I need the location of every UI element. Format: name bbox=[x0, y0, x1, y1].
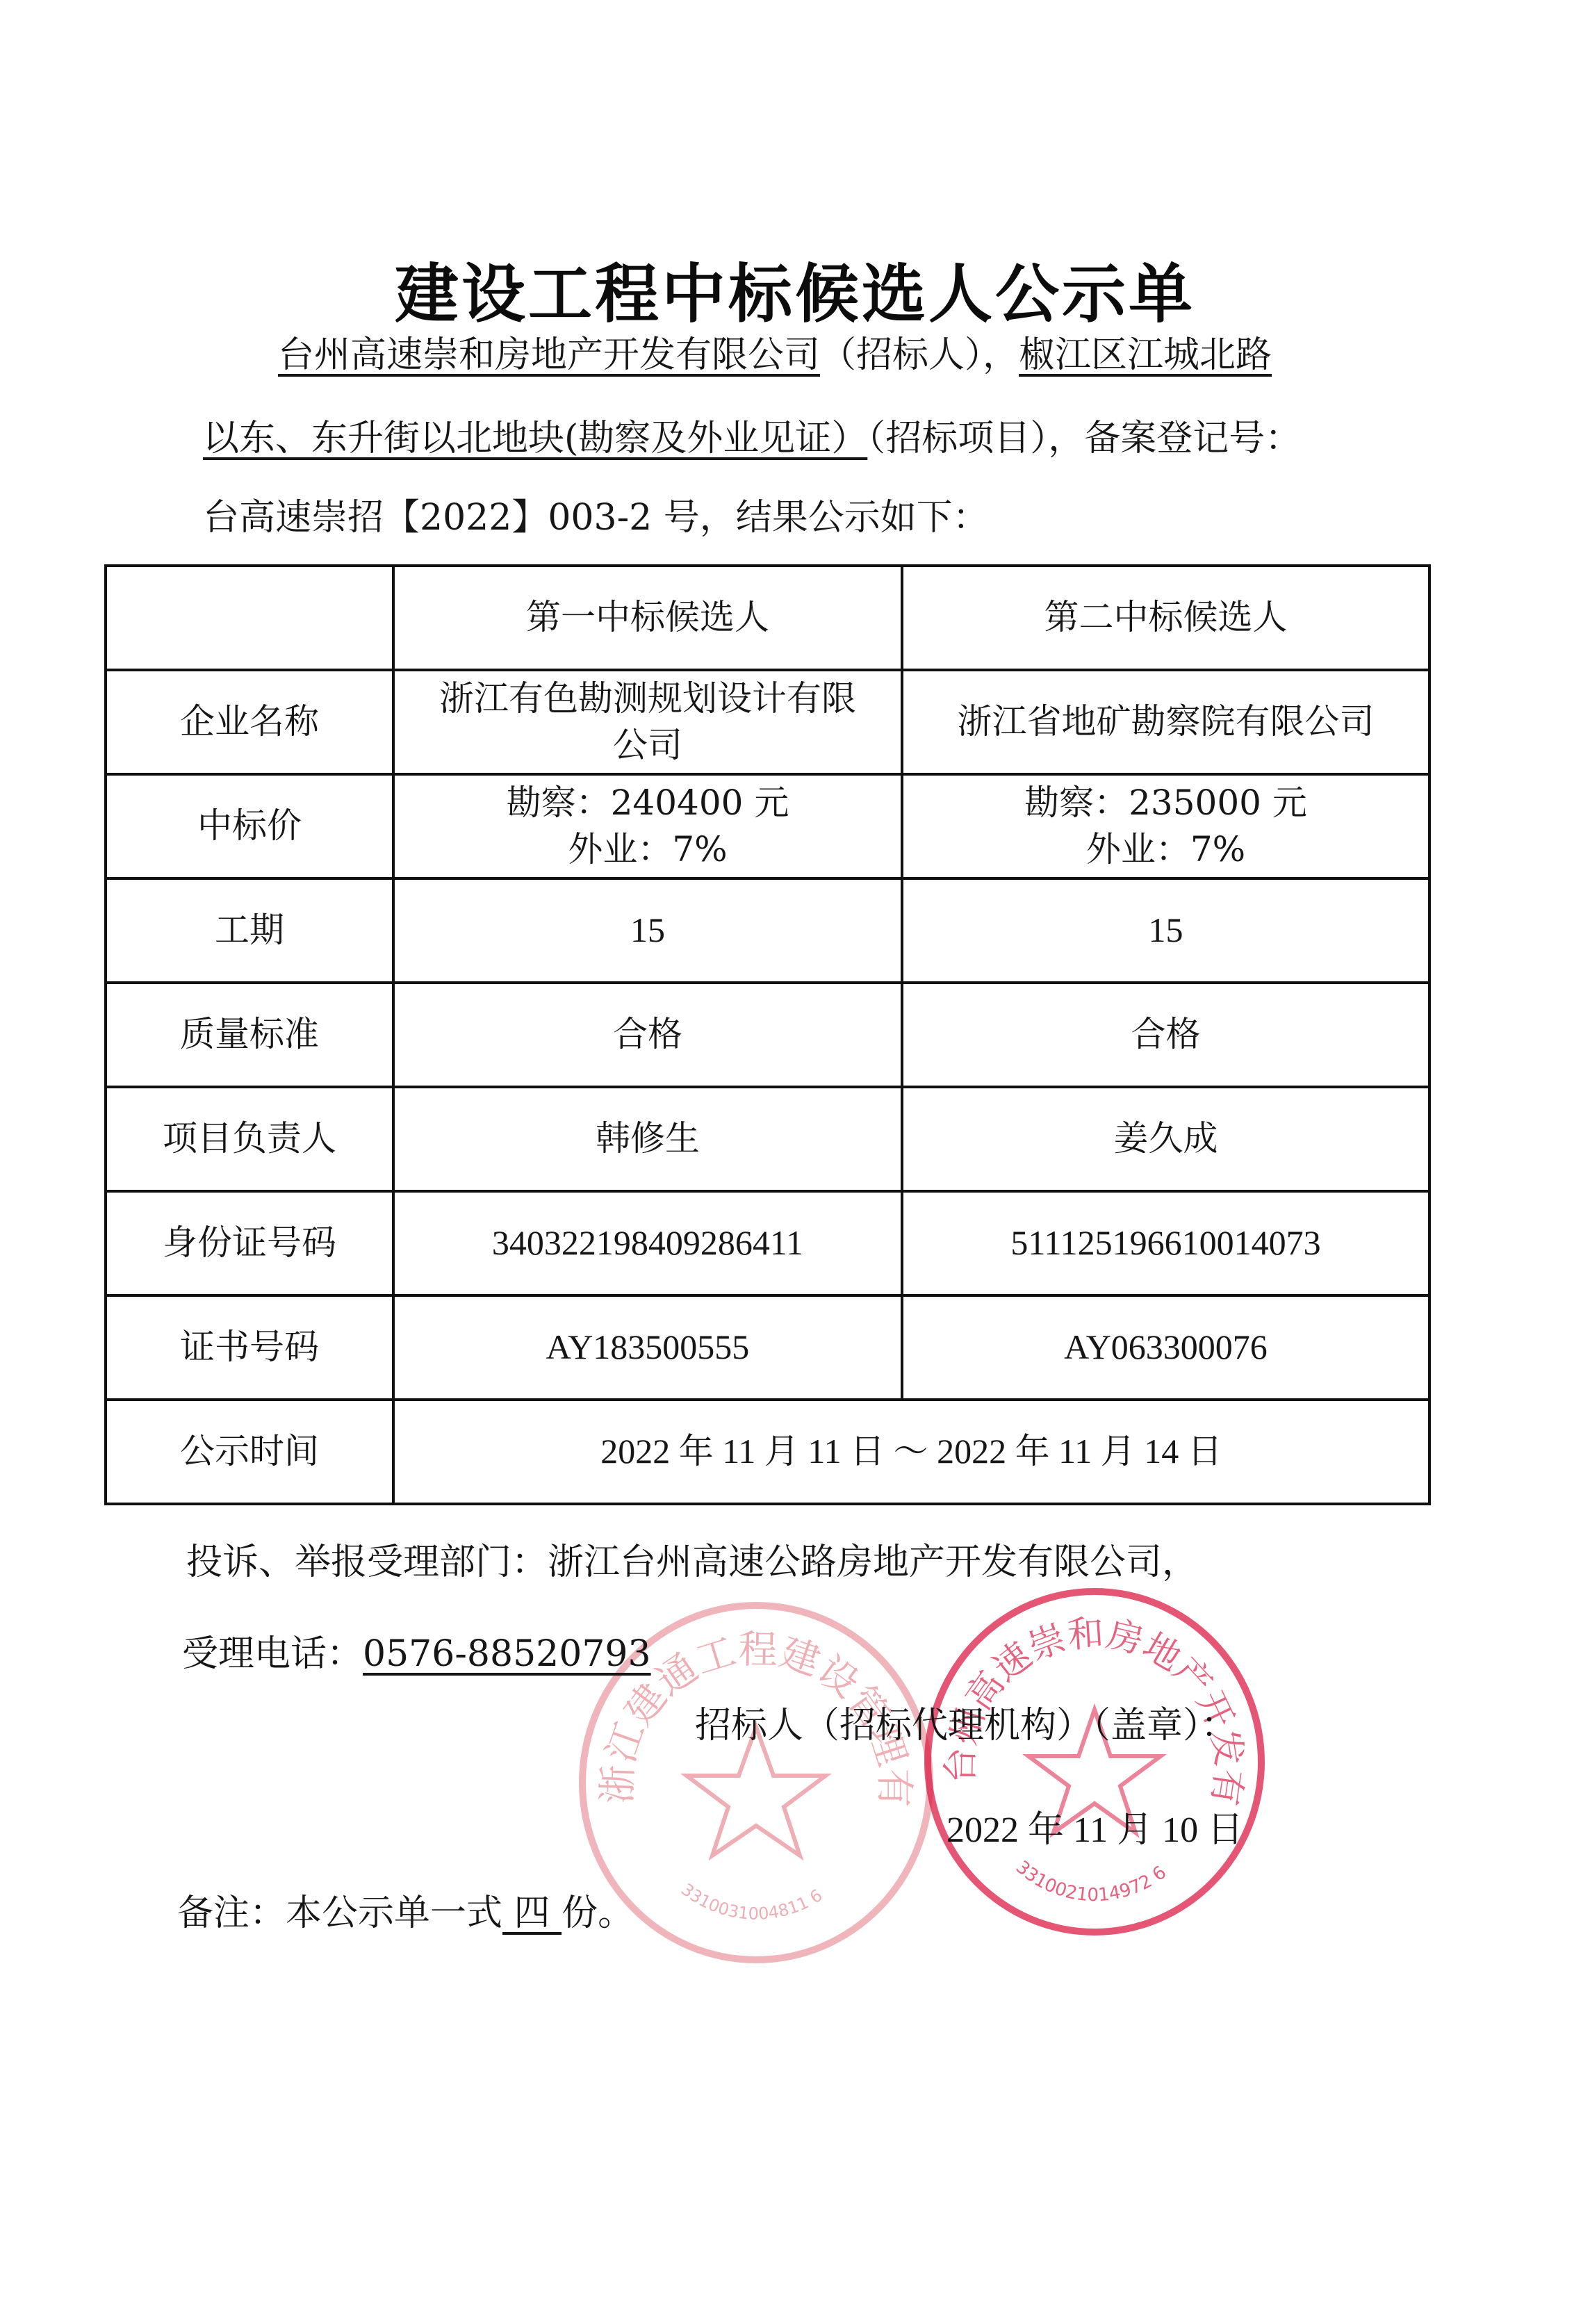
first-price-survey: 勘察：240400 元 bbox=[402, 780, 894, 827]
intro-line-1: 台州高速崇和房地产开发有限公司（招标人），椒江区江城北路 bbox=[278, 325, 1272, 377]
table-row-period: 公示时间 2022 年 11 月 11 日 ～ 2022 年 11 月 14 日 bbox=[106, 1400, 1429, 1504]
row-label: 中标价 bbox=[106, 774, 393, 878]
first-manager: 韩修生 bbox=[393, 1087, 902, 1191]
row-label: 项目负责人 bbox=[106, 1087, 393, 1191]
intro-line-2: 以东、东升街以北地块(勘察及外业见证）（招标项目），备案登记号： bbox=[203, 409, 1301, 461]
project-name-part1: 椒江区江城北路 bbox=[1019, 334, 1272, 376]
tenderer-name: 台州高速崇和房地产开发有限公司 bbox=[278, 334, 820, 376]
header-second-candidate: 第二中标候选人 bbox=[902, 566, 1429, 670]
first-price-field: 外业：7% bbox=[402, 826, 894, 874]
svg-text:浙江建通工程建设管理有限公司: 浙江建通工程建设管理有限公司 bbox=[566, 1573, 917, 1808]
svg-text:3310021014972 6: 3310021014972 6 bbox=[1012, 1857, 1170, 1906]
signature-label: 招标人（招标代理机构）（盖章）： bbox=[695, 1696, 1237, 1748]
row-label: 工期 bbox=[106, 878, 393, 983]
second-id-number: 511125196610014073 bbox=[902, 1191, 1429, 1295]
complaint-label: 投诉、举报受理部门： bbox=[186, 1541, 548, 1583]
svg-text:3310031004811 6: 3310031004811 6 bbox=[678, 1880, 826, 1924]
table-header-row: 第一中标候选人 第二中标候选人 bbox=[106, 566, 1429, 670]
seal-stamp-right: 台州高速崇和房地产开发有限公司 3310021014972 6 bbox=[924, 1588, 1265, 1936]
svg-text:台州高速崇和房地产开发有限公司: 台州高速崇和房地产开发有限公司 bbox=[913, 1562, 1249, 1808]
phone-value: 0576-88520793 bbox=[363, 1633, 651, 1675]
row-label: 证书号码 bbox=[106, 1295, 393, 1400]
registration-number: 台高速崇招【2022】003-2 号，结果公示如下： bbox=[203, 488, 989, 540]
table-row-company: 企业名称 浙江有色勘测规划设计有限公司 浙江省地矿勘察院有限公司 bbox=[106, 670, 1429, 774]
header-blank-cell bbox=[106, 566, 393, 670]
remark: 备注：本公示单一式 四 份。 bbox=[177, 1883, 634, 1936]
project-name-part2: 以东、东升街以北地块(勘察及外业见证） bbox=[203, 418, 867, 459]
page-title: 建设工程中标候选人公示单 bbox=[0, 243, 1590, 335]
candidate-table: 第一中标候选人 第二中标候选人 企业名称 浙江有色勘测规划设计有限公司 浙江省地… bbox=[104, 564, 1431, 1505]
tenderer-suffix: （招标人）， bbox=[820, 334, 1019, 376]
signature-date: 2022 年 11 月 10 日 bbox=[946, 1800, 1243, 1852]
second-company: 浙江省地矿勘察院有限公司 bbox=[902, 670, 1429, 774]
complaint-value: 浙江台州高速公路房地产开发有限公司， bbox=[548, 1541, 1198, 1583]
first-company: 浙江有色勘测规划设计有限公司 bbox=[393, 670, 902, 774]
second-price: 勘察：235000 元 外业：7% bbox=[902, 774, 1429, 878]
complaint-phone: 受理电话：0576-88520793 bbox=[182, 1624, 651, 1676]
row-label: 公示时间 bbox=[106, 1400, 393, 1504]
first-quality: 合格 bbox=[393, 983, 902, 1087]
table-row-duration: 工期 15 15 bbox=[106, 878, 1429, 983]
second-manager: 姜久成 bbox=[902, 1087, 1429, 1191]
phone-label: 受理电话： bbox=[182, 1633, 363, 1675]
first-certificate: AY183500555 bbox=[393, 1295, 902, 1400]
second-certificate: AY063300076 bbox=[902, 1295, 1429, 1400]
table-row-price: 中标价 勘察：240400 元 外业：7% 勘察：235000 元 外业：7% bbox=[106, 774, 1429, 878]
row-label: 企业名称 bbox=[106, 670, 393, 774]
remark-prefix: 备注：本公示单一式 bbox=[177, 1892, 502, 1934]
second-duration: 15 bbox=[902, 878, 1429, 983]
second-price-field: 外业：7% bbox=[910, 826, 1421, 874]
row-label: 质量标准 bbox=[106, 983, 393, 1087]
first-price: 勘察：240400 元 外业：7% bbox=[393, 774, 902, 878]
first-id-number: 340322198409286411 bbox=[393, 1191, 902, 1295]
complaint-department: 投诉、举报受理部门：浙江台州高速公路房地产开发有限公司， bbox=[186, 1532, 1198, 1585]
first-duration: 15 bbox=[393, 878, 902, 983]
table-row-quality: 质量标准 合格 合格 bbox=[106, 983, 1429, 1087]
publicity-period: 2022 年 11 月 11 日 ～ 2022 年 11 月 14 日 bbox=[393, 1400, 1429, 1504]
star-icon: 台州高速崇和房地产开发有限公司 3310021014972 6 bbox=[931, 1595, 1258, 1929]
second-quality: 合格 bbox=[902, 983, 1429, 1087]
project-suffix: （招标项目），备案登记号： bbox=[867, 418, 1301, 459]
table-row-id-number: 身份证号码 340322198409286411 511125196610014… bbox=[106, 1191, 1429, 1295]
row-label: 身份证号码 bbox=[106, 1191, 393, 1295]
table-row-manager: 项目负责人 韩修生 姜久成 bbox=[106, 1087, 1429, 1191]
second-price-survey: 勘察：235000 元 bbox=[910, 780, 1421, 827]
remark-suffix: 份。 bbox=[562, 1892, 634, 1934]
table-row-certificate: 证书号码 AY183500555 AY063300076 bbox=[106, 1295, 1429, 1400]
remark-count: 四 bbox=[502, 1892, 562, 1934]
header-first-candidate: 第一中标候选人 bbox=[393, 566, 902, 670]
